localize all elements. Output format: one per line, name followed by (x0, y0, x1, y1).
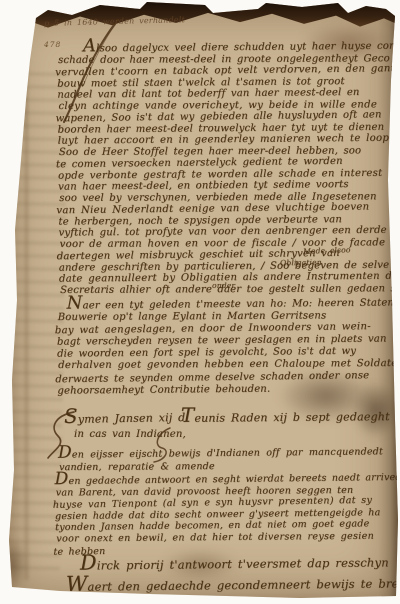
paragraph-block-1: Alsoo dagelycx veel diere schudden uyt h… (57, 40, 400, 296)
interlinear-note: Mede alsoo (303, 245, 351, 256)
header-annotation: p 5 in 1640 werden verhandelt (44, 15, 185, 28)
scanned-document: p 5 in 1640 werden verhandelt 478 Alsoo … (0, 0, 400, 604)
paragraph-block-2: Naer een tyt geleden t'meeste van ho: Mo… (57, 297, 400, 397)
case-subject-line: in cas van Indianen, (74, 429, 186, 440)
claim-block: Den eijsser eijscht bewijs d'Indianen of… (58, 445, 383, 474)
edge-stain (0, 538, 28, 590)
verdict-line: Waert den gedaechde gecondemneert bewijs… (66, 576, 400, 594)
manuscript-page: p 5 in 1640 werden verhandelt 478 Alsoo … (0, 0, 400, 604)
answer-block: Den gedaechde antwoort en seght wierdat … (55, 472, 400, 557)
reply-line: Dirck priorij t'antwoort t'veersmet dap … (80, 555, 389, 572)
plaintiff-name: Symen Jansen xij d (64, 411, 186, 426)
manuscript-scan: { "page": { "colors": { "background": "#… (0, 0, 400, 604)
defendant-name: Teunis Raden xij b sept gedaeght (181, 410, 390, 425)
interlinear-note: Obligatien (280, 258, 322, 268)
interlinear-note: onder (212, 281, 235, 290)
edge-stain (0, 88, 26, 146)
